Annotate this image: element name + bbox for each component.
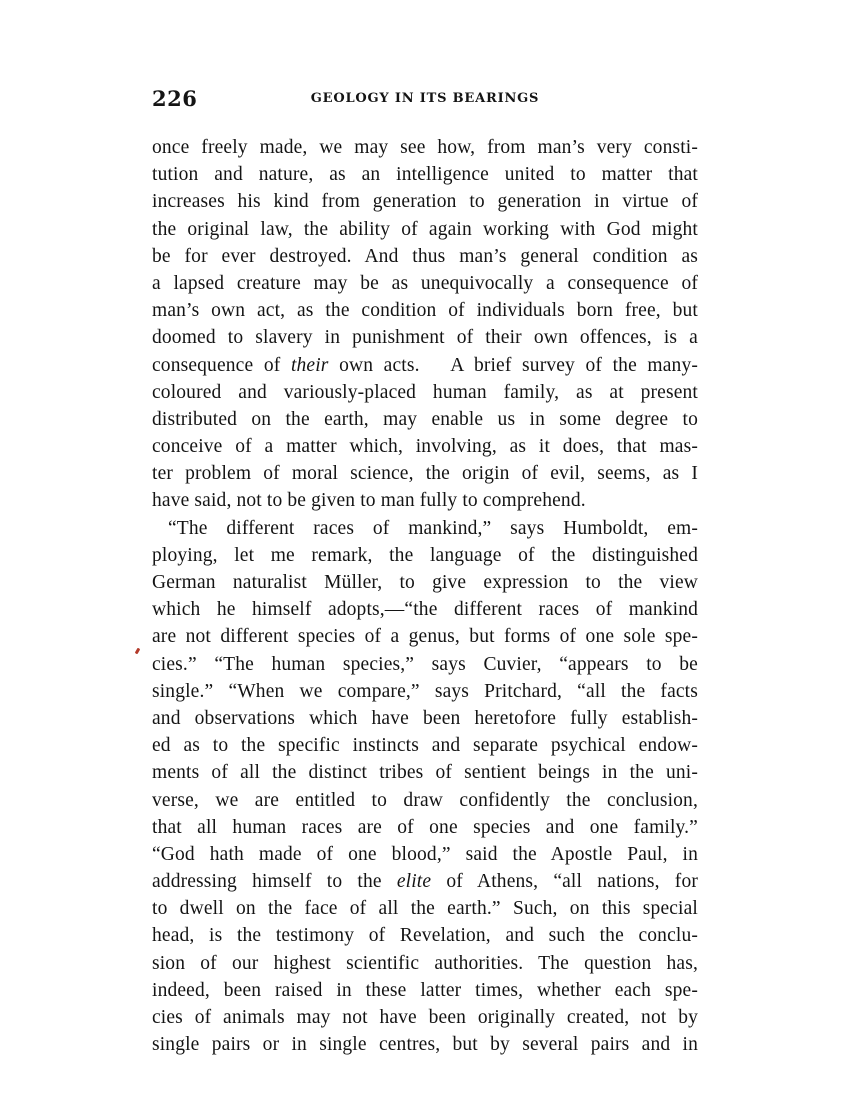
text-line: cies of animals may not have been origin… <box>152 1004 698 1031</box>
text-line: have said, not to be given to man fully … <box>152 487 698 514</box>
running-head: 226 GEOLOGY IN ITS BEARINGS <box>152 86 698 112</box>
text-line: doomed to slavery in punishment of their… <box>152 324 698 351</box>
text-line: indeed, been raised in these latter time… <box>152 977 698 1004</box>
body-text: once freely made, we may see how, from m… <box>152 134 698 1058</box>
text-line: coloured and variously-placed human fami… <box>152 379 698 406</box>
text-line: which he himself adopts,—“the different … <box>152 596 698 623</box>
text-line: ed as to the specific instincts and sepa… <box>152 732 698 759</box>
text-line: consequence of their own acts. A brief s… <box>152 352 698 379</box>
italic-emphasis: their <box>291 355 329 376</box>
running-title: GEOLOGY IN ITS BEARINGS <box>152 91 698 106</box>
margin-ink-mark <box>135 648 141 655</box>
text-line: distributed on the earth, may enable us … <box>152 406 698 433</box>
italic-emphasis: elite <box>397 871 431 892</box>
text-line: ments of all the distinct tribes of sent… <box>152 759 698 786</box>
text-line: and observations which have been heretof… <box>152 705 698 732</box>
text-line: ploying, let me remark, the language of … <box>152 542 698 569</box>
text-line: man’s own act, as the condition of indiv… <box>152 297 698 324</box>
text-line: single.” “When we compare,” says Pritcha… <box>152 678 698 705</box>
text-line: ter problem of moral science, the origin… <box>152 460 698 487</box>
text-line: increases his kind from generation to ge… <box>152 188 698 215</box>
text-segment: of Athens, “all nations, for <box>431 871 698 892</box>
text-line: be for ever destroyed. And thus man’s ge… <box>152 243 698 270</box>
text-line: head, is the testimony of Revelation, an… <box>152 922 698 949</box>
book-page: 226 GEOLOGY IN ITS BEARINGS once freely … <box>0 0 850 1100</box>
text-segment: own acts. A brief survey of the many- <box>329 355 698 376</box>
text-line: that all human races are of one species … <box>152 814 698 841</box>
text-line: are not different species of a genus, bu… <box>152 623 698 650</box>
text-line: verse, we are entitled to draw confident… <box>152 787 698 814</box>
text-segment: addressing himself to the <box>152 871 397 892</box>
text-line: conceive of a matter which, involving, a… <box>152 433 698 460</box>
text-line: addressing himself to the elite of Athen… <box>152 868 698 895</box>
text-segment: consequence of <box>152 355 291 376</box>
text-line: “God hath made of one blood,” said the A… <box>152 841 698 868</box>
text-line: German naturalist Müller, to give expres… <box>152 569 698 596</box>
text-line: “The different races of mankind,” says H… <box>152 515 698 542</box>
text-line: cies.” “The human species,” says Cuvier,… <box>152 651 698 678</box>
text-line: once freely made, we may see how, from m… <box>152 134 698 161</box>
text-line: sion of our highest scientific authoriti… <box>152 950 698 977</box>
text-line: a lapsed creature may be as unequivocall… <box>152 270 698 297</box>
text-line: the original law, the ability of again w… <box>152 216 698 243</box>
text-line: to dwell on the face of all the earth.” … <box>152 895 698 922</box>
text-line: tution and nature, as an intelligence un… <box>152 161 698 188</box>
text-line: single pairs or in single centres, but b… <box>152 1031 698 1058</box>
